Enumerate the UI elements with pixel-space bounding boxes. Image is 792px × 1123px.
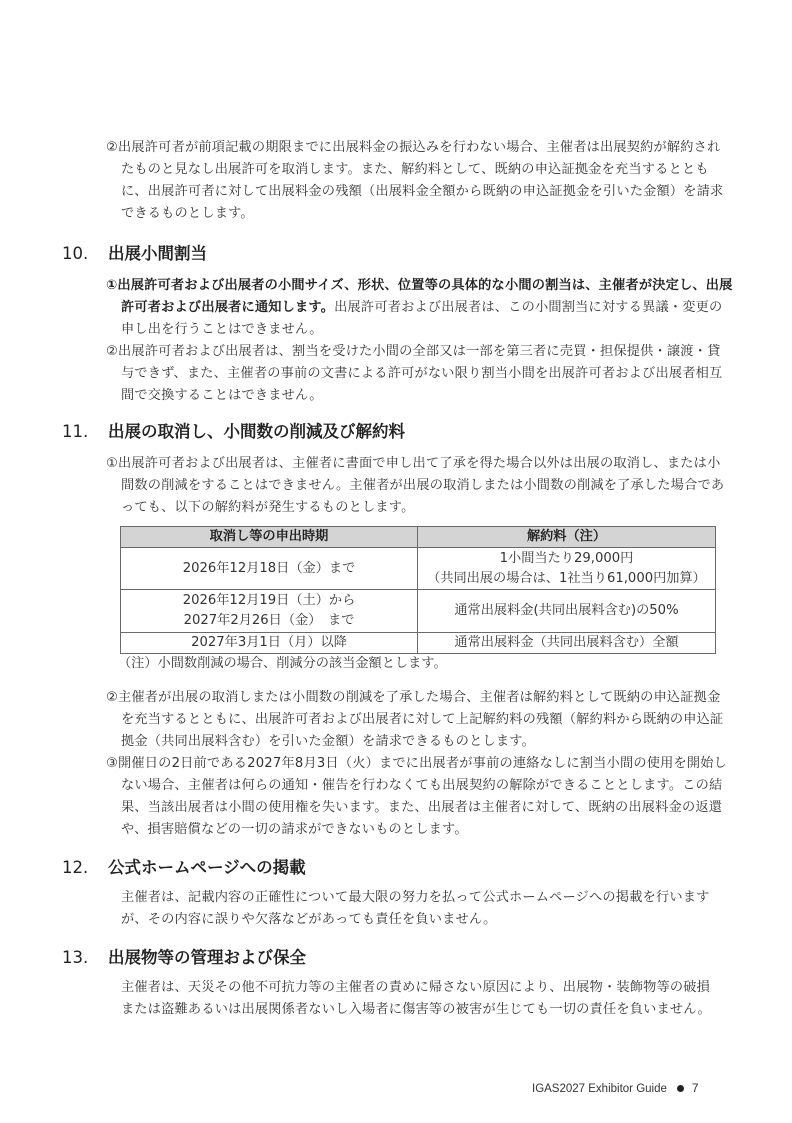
section11-item3: ③開催日の2日前である2027年8月3日（火）までに出展者が事前の連絡なしに割当… [106,753,733,841]
table-row: 2026年12月18日（金）まで 1小間当たり29,000円 （共同出展の場合は… [121,548,716,590]
bullet-dot-icon [677,1085,684,1092]
section13-body: 主催者は、天災その他不可抗力等の主催者の責めに帰さない原因により、出展物・装飾物… [121,977,719,1021]
row1-period: 2026年12月18日（金）まで [121,548,418,590]
section13-title: 出展物等の管理および保全 [108,948,306,967]
row1-fee: 1小間当たり29,000円 （共同出展の場合は、1社当り61,000円加算） [418,548,716,590]
section12-body: 主催者は、記載内容の正確性について最大限の努力を払って公式ホームページへの掲載を… [121,887,719,931]
section11-heading: 11.出展の取消し、小間数の削減及び解約料 [62,421,405,443]
section10-number: 10. [62,243,108,265]
section13-heading: 13.出展物等の管理および保全 [62,947,306,969]
section11-item1: ①出展許可者および出展者は、主催者に書面で申し出て了承を得た場合以外は出展の取消… [106,453,733,519]
section10-title: 出展小間割当 [108,244,207,263]
section12-heading: 12.公式ホームページへの掲載 [62,857,306,879]
header-fee: 解約料（注） [418,527,716,548]
page-number: 7 [692,1081,699,1095]
section11-title: 出展の取消し、小間数の削減及び解約料 [108,422,405,441]
header-period: 取消し等の申出時期 [121,527,418,548]
page-footer: IGAS2027 Exhibitor Guide7 [532,1081,699,1095]
section9-item2: ②出展許可者が前項記載の期限までに出展料金の振込みを行わない場合、主催者は出展契… [106,137,733,225]
table-header-row: 取消し等の申出時期 解約料（注） [121,527,716,548]
section13-number: 13. [62,947,108,969]
section12-title: 公式ホームページへの掲載 [108,858,306,877]
row2-fee: 通常出展料金(共同出展料含む)の50% [418,590,716,633]
table-row: 2027年3月1日（月）以降 通常出展料金（共同出展料含む）全額 [121,633,716,654]
table-row: 2026年12月19日（土）から 2027年2月26日（金） まで 通常出展料金… [121,590,716,633]
cancellation-fee-table: 取消し等の申出時期 解約料（注） 2026年12月18日（金）まで 1小間当たり… [120,526,716,654]
table-note: （注）小間数削減の場合、削減分の該当金額とします。 [118,653,447,675]
document-page: ②出展許可者が前項記載の期限までに出展料金の振込みを行わない場合、主催者は出展契… [0,0,792,1123]
row3-fee: 通常出展料金（共同出展料含む）全額 [418,633,716,654]
guide-title: IGAS2027 Exhibitor Guide [532,1083,667,1095]
section11-number: 11. [62,421,108,443]
section11-item2: ②主催者が出展の取消しまたは小間数の削減を了承した場合、主催者は解約料として既納… [106,687,733,753]
section12-number: 12. [62,857,108,879]
section10-item2: ②出展許可者および出展者は、割当を受けた小間の全部又は一部を第三者に売買・担保提… [106,341,733,407]
row2-period: 2026年12月19日（土）から 2027年2月26日（金） まで [121,590,418,633]
section10-item1: ①出展許可者および出展者の小間サイズ、形状、位置等の具体的な小間の割当は、主催者… [106,275,733,341]
section10-heading: 10.出展小間割当 [62,243,207,265]
row3-period: 2027年3月1日（月）以降 [121,633,418,654]
